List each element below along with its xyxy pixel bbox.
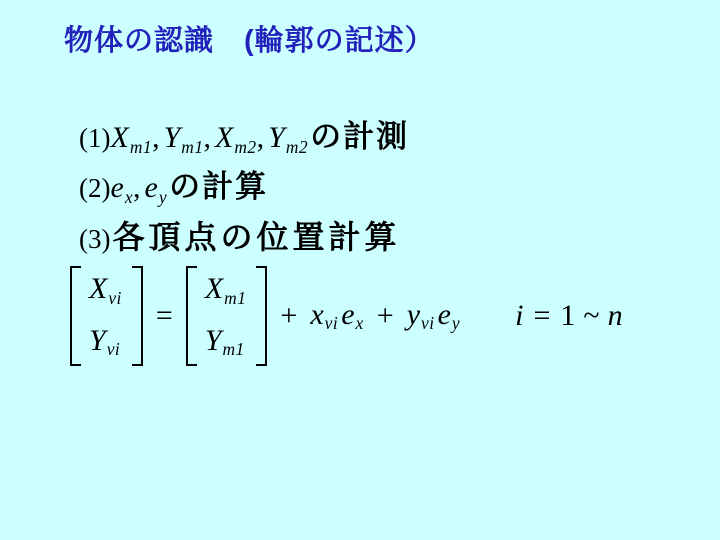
rhs-matrix: Xm1 Ym1 [186, 266, 268, 366]
tilde: ~ [583, 299, 599, 332]
left-bracket [186, 266, 197, 366]
math-var: Xm1 [110, 121, 152, 154]
math-var: Xm2 [215, 121, 257, 154]
step-2: (2)ex,eyの計算 [79, 162, 409, 212]
equals-sign: = [534, 299, 551, 332]
step-1-number: (1) [79, 123, 110, 153]
plus-sign: + [377, 299, 394, 333]
math-var: Yvi [89, 324, 122, 361]
math-var: Xm1 [205, 272, 247, 309]
step-2-label: の計算 [169, 169, 268, 204]
comma: , [133, 171, 141, 204]
slide: 物体の認識 (輪郭の記述） (1)Xm1,Ym1,Xm2,Ym2の計測 (2)e… [0, 0, 720, 540]
math-var: yvi [407, 298, 435, 335]
math-var: xvi [310, 298, 338, 335]
matrix-column: Xvi Yvi [81, 266, 132, 366]
comma: , [204, 121, 212, 154]
math-var: Xvi [89, 272, 122, 309]
index-variable: i [515, 299, 523, 332]
steps-list: (1)Xm1,Ym1,Xm2,Ym2の計測 (2)ex,eyの計算 (3)各頂点… [79, 112, 409, 262]
step-3: (3)各頂点の位置計算 [79, 212, 409, 262]
plus-sign: + [280, 299, 297, 333]
step-2-number: (2) [79, 173, 110, 203]
math-var: ex [341, 298, 364, 335]
lhs-matrix: Xvi Yvi [70, 266, 143, 366]
comma: , [257, 121, 265, 154]
range-end: n [608, 299, 623, 332]
math-var: ey [438, 298, 461, 335]
comma: , [152, 121, 160, 154]
step-3-number: (3) [79, 224, 110, 254]
range-start: 1 [560, 299, 575, 332]
left-bracket [70, 266, 81, 366]
step-3-label: 各頂点の位置計算 [112, 219, 400, 255]
math-var: ex [110, 171, 133, 204]
math-var: Ym2 [268, 121, 308, 154]
vertex-position-equation: Xvi Yvi = Xm1 Ym1 + xviex + yviey i=1~n [70, 268, 623, 364]
right-bracket [256, 266, 267, 366]
matrix-column: Xm1 Ym1 [197, 266, 257, 366]
math-var: Ym1 [164, 121, 204, 154]
slide-title: 物体の認識 (輪郭の記述） [64, 18, 435, 59]
step-1-label: の計測 [310, 119, 409, 154]
math-var: Ym1 [205, 324, 247, 361]
right-bracket [132, 266, 143, 366]
step-1: (1)Xm1,Ym1,Xm2,Ym2の計測 [79, 112, 409, 162]
math-var: ey [145, 171, 168, 204]
index-range: i=1~n [515, 299, 623, 333]
equals-sign: = [156, 299, 173, 333]
